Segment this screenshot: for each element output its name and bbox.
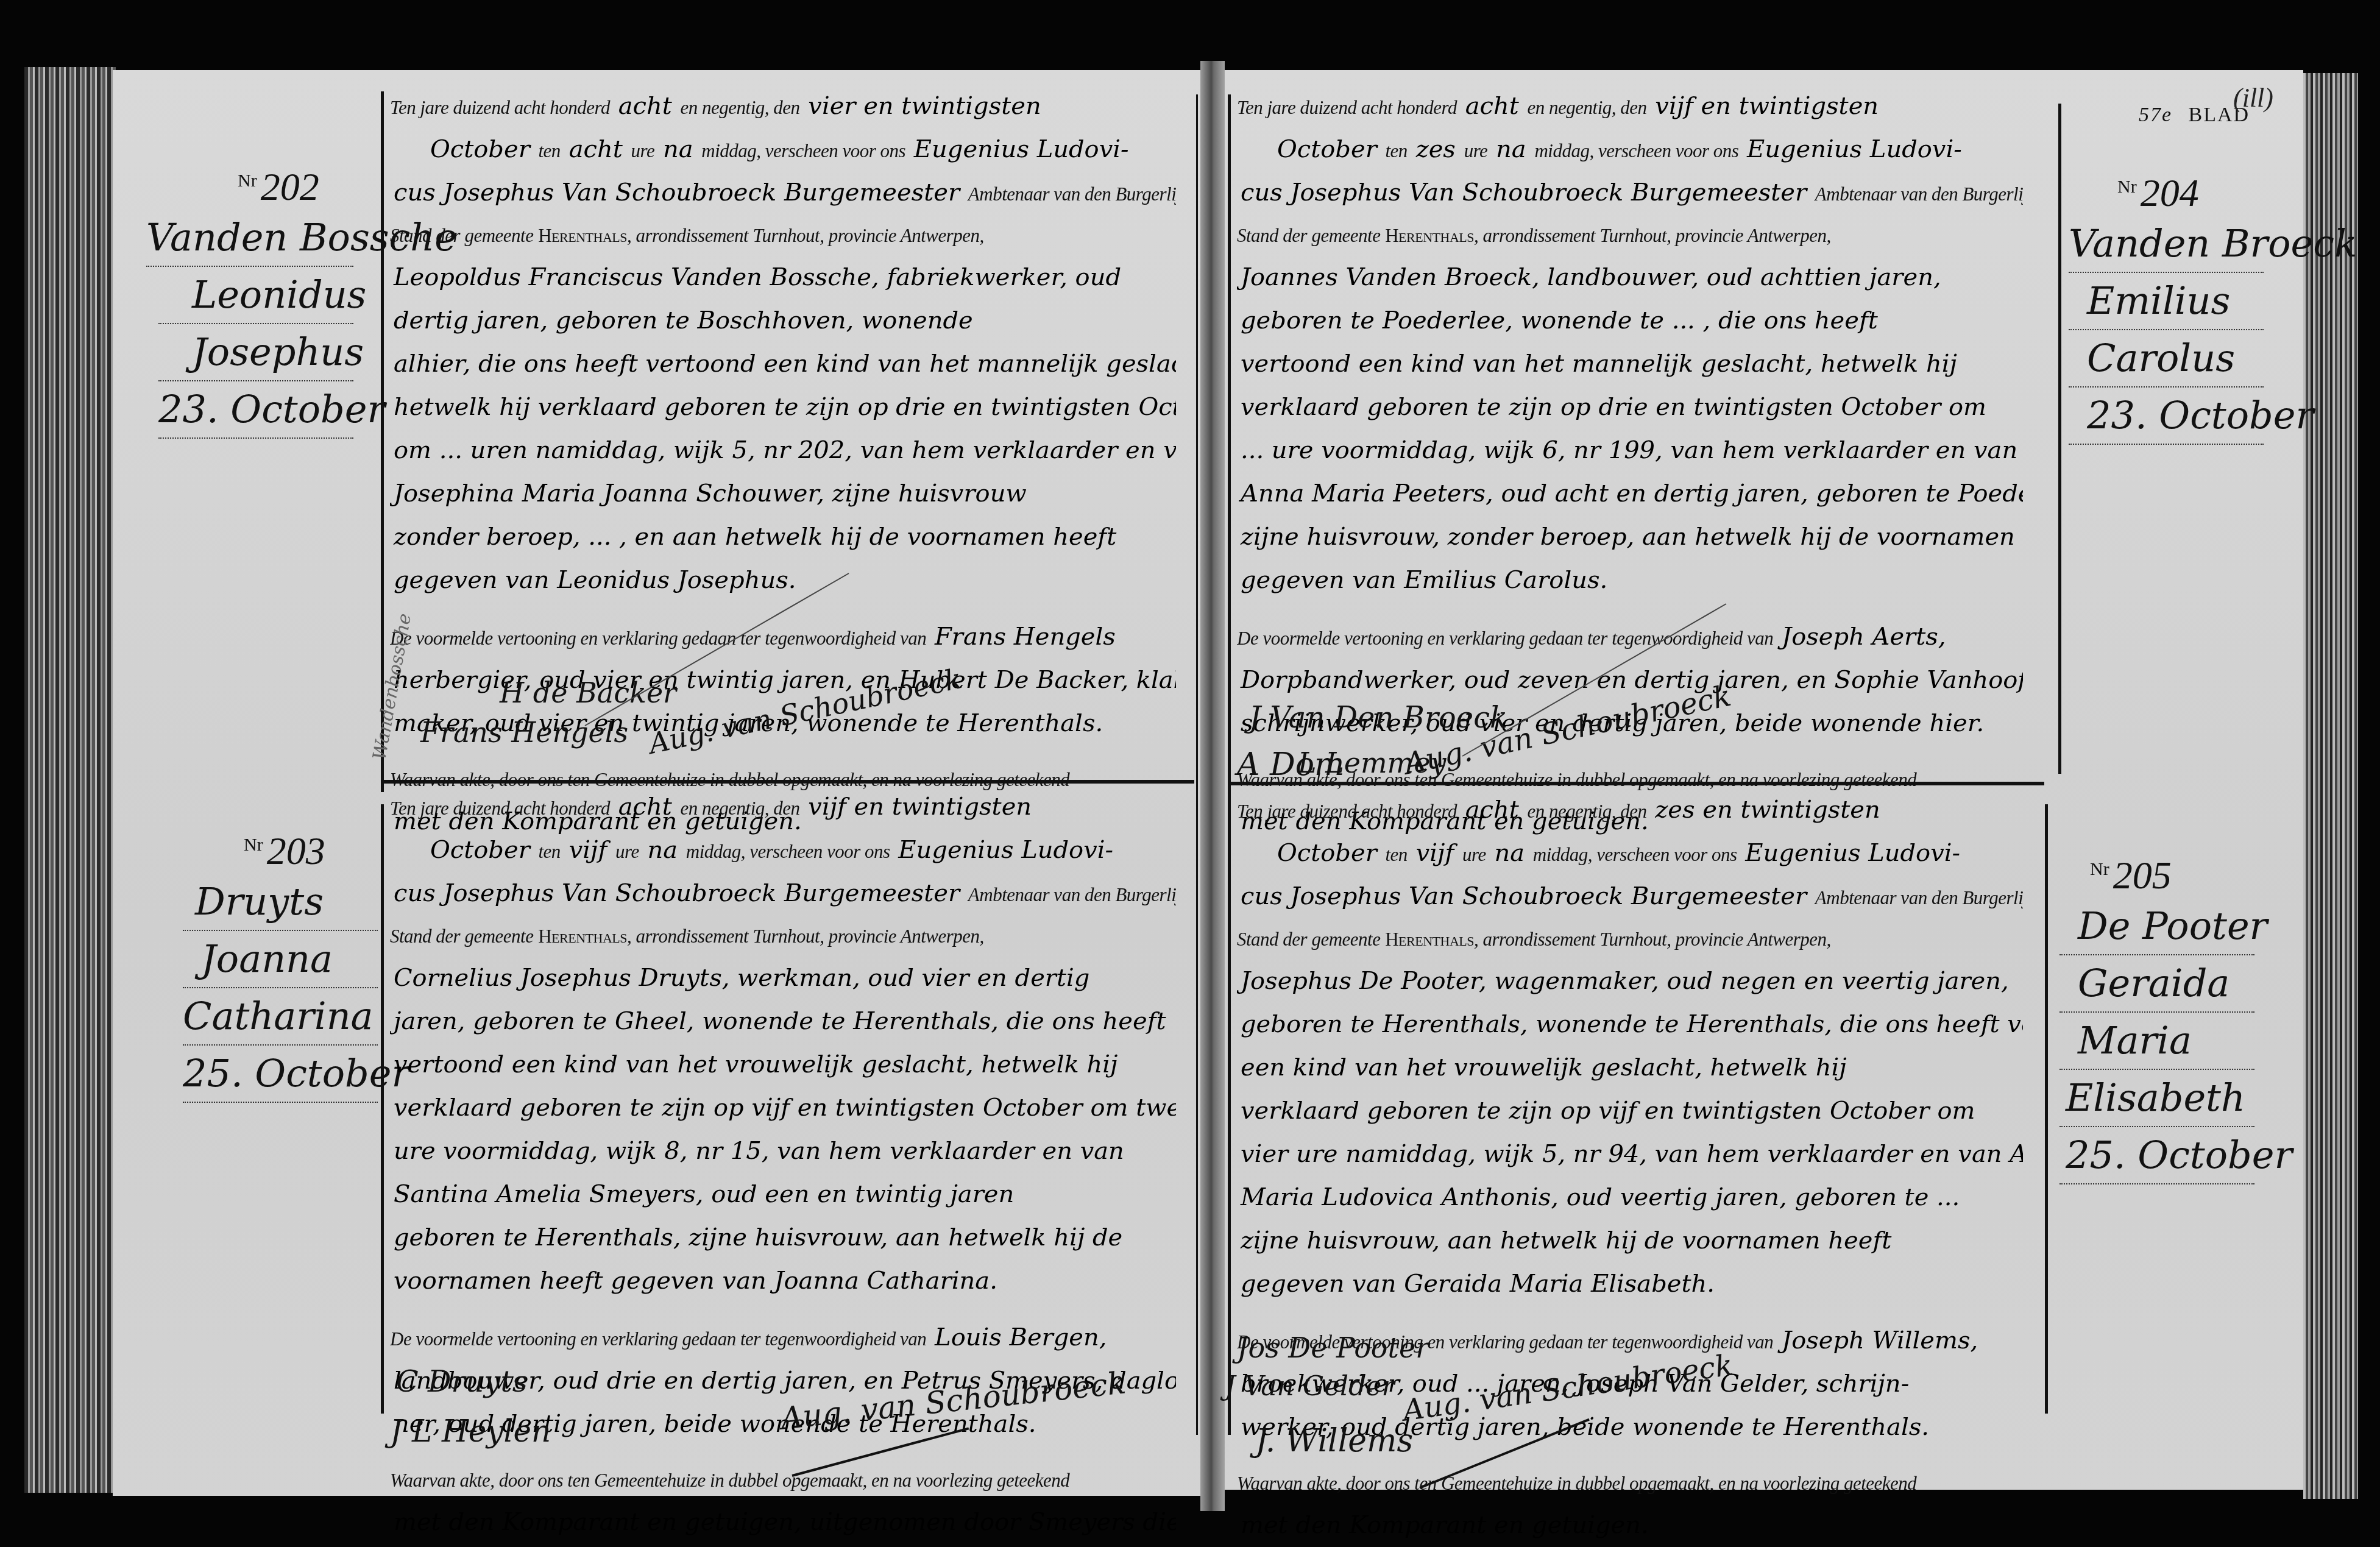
printed-text: Ambtenaar van den Burgerlijken	[968, 183, 1176, 205]
printed-text: ten	[1386, 140, 1408, 161]
registration-date: 25. October	[183, 1046, 378, 1103]
handwritten-text: Joannes Vanden Broeck, landbouwer, oud a…	[1241, 263, 1941, 291]
printed-text: Ambtenaar van den Burgerlijken	[1815, 887, 2023, 908]
handwritten-text: dertig jaren, geboren te Boschhoven, won…	[394, 306, 973, 335]
handwritten-text: hetwelk hij verklaard geboren te zijn op…	[394, 393, 1176, 421]
closing-fill-line: met den Komparant en getuigen, uitgenome…	[390, 1501, 1176, 1545]
preamble-line-1: Ten jare duizend acht honderd acht en ne…	[1237, 85, 2023, 129]
printed-text: De voormelde vertooning en verklaring ge…	[1237, 628, 1773, 649]
handwritten-fill: October	[430, 836, 530, 864]
signature: Frans Hengels	[420, 716, 628, 749]
handwritten-fill: cus Josephus Van Schoubroeck Burgemeeste…	[394, 179, 960, 207]
printed-text: Stand der gemeente	[1237, 929, 1380, 950]
declaration-line: gegeven van Emilius Carolus.	[1237, 559, 2023, 603]
printed-text: ure	[615, 841, 639, 862]
printed-text: Ten jare duizend acht honderd	[1237, 97, 1457, 118]
declaration-line: een kind van het vrouwelijk geslacht, he…	[1237, 1047, 2023, 1090]
record-number: Nr202	[158, 165, 353, 210]
page-rule	[1228, 94, 1231, 1435]
printed-text: Ten jare duizend acht honderd	[1237, 801, 1457, 822]
printed-text: De voormelde vertooning en verklaring ge…	[390, 628, 926, 649]
printed-text: middag, verscheen voor ons	[686, 841, 890, 862]
preamble-line-2: October ten vijf ure na middag, verschee…	[1237, 832, 2023, 876]
record-number: Nr203	[183, 829, 378, 874]
printed-text: Waarvan akte, door ons ten Gemeentehuize…	[390, 1470, 1069, 1491]
handwritten-fill: acht	[1465, 92, 1519, 120]
declaration-line: zijne huisvrouw, zonder beroep, aan hetw…	[1237, 516, 2023, 559]
handwritten-text: met den Komparant en getuigen, uitgenome…	[394, 1508, 1176, 1536]
page-edges-right	[2303, 73, 2358, 1499]
handwritten-text: met den Komparant en getuigen.	[1241, 1511, 1649, 1539]
preamble-line-3: cus Josephus Van Schoubroeck Burgemeeste…	[1237, 876, 2023, 919]
handwritten-text: geboren te Poederlee, wonende te ... , d…	[1241, 306, 1878, 335]
handwritten-text: een kind van het vrouwelijk geslacht, he…	[1241, 1053, 1847, 1081]
preamble-line-1: Ten jare duizend acht honderd acht en ne…	[1237, 789, 2023, 832]
handwritten-text: vertoond een kind van het mannelijk gesl…	[1241, 350, 1957, 378]
printed-text: De voormelde vertooning en verklaring ge…	[390, 1328, 926, 1350]
declaration-line: verklaard geboren te zijn op vijf en twi…	[390, 1087, 1176, 1130]
signature: Jos De Pooter	[1237, 1331, 1429, 1364]
printed-text: en negentig, den	[681, 798, 800, 819]
handwritten-text: Cornelius Josephus Druyts, werkman, oud …	[394, 964, 1089, 992]
printed-text: en negentig, den	[1528, 97, 1647, 118]
handwritten-text: zonder beroep, ... , en aan hetwelk hij …	[394, 523, 1116, 551]
printed-text: , arrondissement Turnhout, provincie Ant…	[1474, 929, 1831, 950]
handwritten-text: Josephina Maria Joanna Schouwer, zijne h…	[394, 480, 1027, 508]
registration-date: 23. October	[2069, 388, 2264, 445]
handwritten-fill: acht	[569, 135, 623, 163]
declaration-line: hetwelk hij verklaard geboren te zijn op…	[390, 386, 1176, 430]
declaration-line: voornamen heeft gegeven van Joanna Catha…	[390, 1260, 1176, 1303]
given-name: Geraida	[2059, 955, 2254, 1013]
printed-text: Waarvan akte, door ons ten Gemeentehuize…	[1237, 1473, 1916, 1494]
margin-entry-205: Nr205 De Pooter Geraida Maria Elisabeth …	[2059, 853, 2254, 1184]
handwritten-text: Santina Amelia Smeyers, oud een en twint…	[394, 1180, 1014, 1208]
preamble-line-1: Ten jare duizend acht honderd acht en ne…	[390, 786, 1176, 829]
printed-text: ten	[1386, 844, 1408, 865]
printed-text: middag, verscheen voor ons	[1534, 140, 1738, 161]
declaration-line: zijne huisvrouw, aan hetwelk hij de voor…	[1237, 1220, 2023, 1263]
signature: C Druyts	[396, 1365, 527, 1399]
handwritten-fill: cus Josephus Van Schoubroeck Burgemeeste…	[1241, 179, 1807, 207]
surname: Druyts	[183, 874, 378, 931]
declaration-line: vier ure namiddag, wijk 5, nr 94, van he…	[1237, 1133, 2023, 1177]
declaration-line: verklaard geboren te zijn op drie en twi…	[1237, 386, 2023, 430]
handwritten-fill: zes en twintigsten	[1655, 796, 1880, 824]
handwritten-fill: vijf en twintigsten	[808, 793, 1032, 821]
preamble-line-3: cus Josephus Van Schoubroeck Burgemeeste…	[390, 172, 1176, 215]
printed-text: middag, verscheen voor ons	[701, 140, 905, 161]
column-rule	[2058, 104, 2061, 774]
declaration-line: Maria Ludovica Anthonis, oud veertig jar…	[1237, 1177, 2023, 1220]
given-name: Catharina	[183, 988, 378, 1046]
printed-text: Ambtenaar van den Burgerlijken	[1815, 183, 2023, 205]
closing-line: Waarvan akte, door ons ten Gemeentehuize…	[1237, 1463, 2023, 1504]
declaration-line: alhier, die ons heeft vertoond een kind …	[390, 343, 1176, 386]
printed-text: ure	[1464, 140, 1488, 161]
handwritten-text: zijne huisvrouw, aan hetwelk hij de voor…	[1241, 1227, 1891, 1255]
margin-entry-202: Nr202 Vanden Bossche Leonidus Josephus 2…	[158, 165, 353, 439]
declaration-line: Leopoldus Franciscus Vanden Bossche, fab…	[390, 257, 1176, 300]
declaration-line: Josephus De Pooter, wagenmaker, oud nege…	[1237, 960, 2023, 1004]
preamble-line-2: October ten acht ure na middag, verschee…	[390, 129, 1176, 172]
surname: Vanden Broeck	[2069, 216, 2264, 273]
handwritten-fill: Joseph Willems,	[1782, 1326, 1978, 1354]
given-name: Elisabeth	[2059, 1070, 2254, 1127]
register-book-spread: 57e BLAD (ill) Nr202 Vanden Bossche Leon…	[0, 0, 2380, 1547]
printed-text: ten	[539, 841, 561, 862]
declaration-line: ... ure voormiddag, wijk 6, nr 199, van …	[1237, 430, 2023, 473]
handwritten-fill: Eugenius Ludovi-	[914, 135, 1129, 163]
handwritten-text: geboren te Herenthals, wonende te Herent…	[1241, 1010, 2023, 1038]
handwritten-fill: Joseph Aerts,	[1782, 623, 1946, 651]
declaration-line: geboren te Herenthals, wonende te Herent…	[1237, 1004, 2023, 1047]
printed-text: ure	[631, 140, 654, 161]
printed-text: Ten jare duizend acht honderd	[390, 798, 610, 819]
handwritten-fill: October	[430, 135, 530, 163]
page-edges-left	[24, 67, 116, 1493]
declaration-line: gegeven van Geraida Maria Elisabeth.	[1237, 1263, 2023, 1306]
page-rule	[1196, 94, 1198, 1435]
signature: J. Willems	[1255, 1423, 1413, 1459]
given-name: Carolus	[2069, 330, 2264, 388]
blad-number: 57e	[2139, 104, 2172, 126]
declaration-line: dertig jaren, geboren te Boschhoven, won…	[390, 300, 1176, 343]
handwritten-fill: acht	[618, 92, 672, 120]
printed-text: ure	[1462, 844, 1486, 865]
preamble-line-3: cus Josephus Van Schoubroeck Burgemeeste…	[1237, 172, 2023, 215]
handwritten-fill: Eugenius Ludovi-	[1747, 135, 1962, 163]
handwritten-text: verklaard geboren te zijn op drie en twi…	[1241, 393, 1986, 421]
signature: J Van Gelder	[1225, 1371, 1394, 1402]
handwritten-text: voornamen heeft gegeven van Joanna Catha…	[394, 1267, 997, 1295]
handwritten-fill: na	[1496, 135, 1526, 163]
declaration-line: Anna Maria Peeters, oud acht en dertig j…	[1237, 473, 2023, 516]
printed-text: en negentig, den	[681, 97, 800, 118]
printed-text: Stand der gemeente	[390, 926, 533, 947]
declaration-line: Cornelius Josephus Druyts, werkman, oud …	[390, 957, 1176, 1000]
declaration-line: Joannes Vanden Broeck, landbouwer, oud a…	[1237, 257, 2023, 300]
printed-text: Ten jare duizend acht honderd	[390, 97, 610, 118]
handwritten-text: vertoond een kind van het vrouwelijk ges…	[394, 1050, 1117, 1078]
printed-text: Stand der gemeente	[390, 225, 533, 246]
record-number: Nr204	[2069, 171, 2264, 216]
handwritten-text: zijne huisvrouw, zonder beroep, aan hetw…	[1241, 523, 2023, 551]
handwritten-fill: na	[663, 135, 693, 163]
closing-fill-line: met den Komparant en getuigen.	[1237, 1504, 2023, 1547]
preamble-line-4: Stand der gemeente Herenthals, arrondiss…	[390, 215, 1176, 257]
handwritten-text: Anna Maria Peeters, oud acht en dertig j…	[1241, 480, 2023, 508]
handwritten-text: gegeven van Leonidus Josephus.	[394, 566, 796, 594]
declaration-line: Santina Amelia Smeyers, oud een en twint…	[390, 1174, 1176, 1217]
handwritten-text: Dorpbandwerker, oud zeven en dertig jare…	[1241, 666, 2023, 694]
handwritten-fill: cus Josephus Van Schoubroeck Burgemeeste…	[394, 879, 960, 907]
preamble-line-4: Stand der gemeente Herenthals, arrondiss…	[1237, 215, 2023, 257]
handwritten-fill: Frans Hengels	[935, 623, 1116, 651]
handwritten-text: om ... uren namiddag, wijk 5, nr 202, va…	[394, 436, 1176, 464]
handwritten-text: jaren, geboren te Gheel, wonende te Here…	[394, 1007, 1166, 1035]
witness-detail-line: Dorpbandwerker, oud zeven en dertig jare…	[1237, 659, 2023, 703]
registration-date: 25. October	[2059, 1127, 2254, 1184]
folio-mark: (ill)	[2233, 82, 2273, 113]
handwritten-fill: Louis Bergen,	[935, 1323, 1107, 1351]
handwritten-fill: Eugenius Ludovi-	[898, 836, 1113, 864]
record-number: Nr205	[2059, 853, 2254, 898]
declaration-line: gegeven van Leonidus Josephus.	[390, 559, 1176, 603]
handwritten-text: verklaard geboren te zijn op vijf en twi…	[1241, 1097, 1975, 1125]
declaration-line: zonder beroep, ... , en aan hetwelk hij …	[390, 516, 1176, 559]
printed-text: , arrondissement Turnhout, provincie Ant…	[627, 926, 984, 947]
handwritten-fill: Eugenius Ludovi-	[1745, 839, 1960, 867]
handwritten-fill: zes	[1416, 135, 1456, 163]
declaration-line: geboren te Herenthals, zijne huisvrouw, …	[390, 1217, 1176, 1260]
registration-date: 23. October	[158, 381, 353, 439]
given-name: Joanna	[183, 931, 378, 988]
given-name: Maria	[2059, 1013, 2254, 1070]
signature: H de Backer	[500, 676, 676, 709]
surname: De Pooter	[2059, 898, 2254, 955]
handwritten-text: ... ure voormiddag, wijk 6, nr 199, van …	[1241, 436, 2017, 464]
handwritten-fill: na	[647, 836, 678, 864]
municipality-name: Herenthals	[1385, 225, 1474, 246]
handwritten-text: verklaard geboren te zijn op vijf en twi…	[394, 1094, 1176, 1122]
handwritten-fill: October	[1277, 135, 1377, 163]
handwritten-text: Maria Ludovica Anthonis, oud veertig jar…	[1241, 1183, 1960, 1211]
handwritten-text: gegeven van Emilius Carolus.	[1241, 566, 1607, 594]
declaration-line: geboren te Poederlee, wonende te ... , d…	[1237, 300, 2023, 343]
given-name: Josephus	[158, 324, 353, 381]
printed-text: Ambtenaar van den Burgerlijken	[968, 884, 1176, 905]
handwritten-fill: vier en twintigsten	[808, 92, 1041, 120]
handwritten-text: ure voormiddag, wijk 8, nr 15, van hem v…	[394, 1137, 1124, 1165]
preamble-line-4: Stand der gemeente Herenthals, arrondiss…	[1237, 919, 2023, 960]
closing-line: Waarvan akte, door ons ten Gemeentehuize…	[390, 1460, 1176, 1501]
handwritten-fill: vijf en twintigsten	[1655, 92, 1879, 120]
municipality-name: Herenthals	[538, 225, 627, 246]
given-name: Emilius	[2069, 273, 2264, 330]
printed-text: middag, verscheen voor ons	[1533, 844, 1737, 865]
witness-line: De voormelde vertooning en verklaring ge…	[1237, 616, 2023, 659]
printed-text: Stand der gemeente	[1237, 225, 1380, 246]
handwritten-fill: vijf	[569, 836, 607, 864]
handwritten-text: gegeven van Geraida Maria Elisabeth.	[1241, 1270, 1715, 1298]
declaration-line: verklaard geboren te zijn op vijf en twi…	[1237, 1090, 2023, 1133]
municipality-name: Herenthals	[1385, 929, 1474, 950]
preamble-line-2: October ten zes ure na middag, verscheen…	[1237, 129, 2023, 172]
handwritten-fill: na	[1494, 839, 1525, 867]
handwritten-text: Josephus De Pooter, wagenmaker, oud nege…	[1241, 967, 2009, 995]
witness-line: De voormelde vertooning en verklaring ge…	[390, 1317, 1176, 1360]
handwritten-text: geboren te Herenthals, zijne huisvrouw, …	[394, 1223, 1122, 1251]
printed-text: en negentig, den	[1528, 801, 1647, 822]
surname: Vanden Bossche	[146, 210, 353, 267]
given-name: Leonidus	[158, 267, 353, 324]
column-rule	[381, 804, 384, 1414]
margin-entry-203: Nr203 Druyts Joanna Catharina 25. Octobe…	[183, 829, 378, 1103]
handwritten-fill: October	[1277, 839, 1377, 867]
declaration-line: om ... uren namiddag, wijk 5, nr 202, va…	[390, 430, 1176, 473]
declaration-line: ure voormiddag, wijk 8, nr 15, van hem v…	[390, 1130, 1176, 1174]
handwritten-text: Leopoldus Franciscus Vanden Bossche, fab…	[394, 263, 1121, 291]
declaration-line: vertoond een kind van het vrouwelijk ges…	[390, 1044, 1176, 1087]
witness-line: De voormelde vertooning en verklaring ge…	[390, 616, 1176, 659]
printed-text: , arrondissement Turnhout, provincie Ant…	[1474, 225, 1831, 246]
declaration-line: Josephina Maria Joanna Schouwer, zijne h…	[390, 473, 1176, 516]
handwritten-fill: acht	[618, 793, 672, 821]
handwritten-fill: cus Josephus Van Schoubroeck Burgemeeste…	[1241, 882, 1807, 910]
handwritten-text: vier ure namiddag, wijk 5, nr 94, van he…	[1241, 1140, 2023, 1168]
printed-text: ten	[539, 140, 561, 161]
signature: J L Heylen	[390, 1414, 551, 1449]
column-rule	[2045, 804, 2048, 1414]
handwritten-text: alhier, die ons heeft vertoond een kind …	[394, 350, 1176, 378]
preamble-line-2: October ten vijf ure na middag, verschee…	[390, 829, 1176, 873]
preamble-line-3: cus Josephus Van Schoubroeck Burgemeeste…	[390, 873, 1176, 916]
preamble-line-4: Stand der gemeente Herenthals, arrondiss…	[390, 916, 1176, 957]
declaration-line: jaren, geboren te Gheel, wonende te Here…	[390, 1000, 1176, 1044]
printed-text: , arrondissement Turnhout, provincie Ant…	[627, 225, 984, 246]
municipality-name: Herenthals	[538, 926, 627, 947]
preamble-line-1: Ten jare duizend acht honderd acht en ne…	[390, 85, 1176, 129]
handwritten-fill: acht	[1465, 796, 1519, 824]
declaration-line: vertoond een kind van het mannelijk gesl…	[1237, 343, 2023, 386]
book-gutter	[1200, 61, 1225, 1511]
handwritten-fill: vijf	[1416, 839, 1454, 867]
margin-entry-204: Nr204 Vanden Broeck Emilius Carolus 23. …	[2069, 171, 2264, 445]
signature: J Van Den Broeck	[1249, 701, 1507, 735]
